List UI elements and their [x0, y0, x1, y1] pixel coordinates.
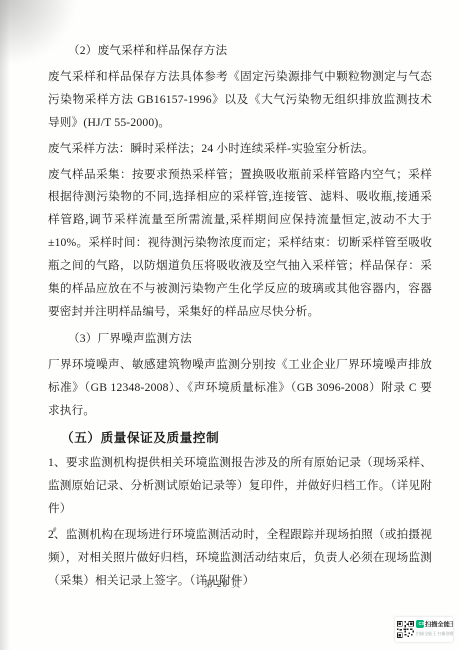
paragraph: 厂界环境噪声、敏感建筑物噪声监测分别按《工业企业厂界环境噪声排放标准》（GB 1…: [48, 354, 432, 423]
document-content: （2）废气采样和样品保存方法废气采样和样品保存方法具体参考《固定污染源排气中颗粒…: [48, 36, 432, 593]
paragraph: （五）质量保证及质量控制: [48, 427, 432, 450]
qr-code-icon: [397, 621, 414, 638]
paragraph: 废气采样方法：瞬时采样法；24 小时连续采样-实验室分析法。: [48, 138, 432, 161]
paragraph: （2）废气采样和样品保存方法: [48, 40, 432, 63]
watermark-app-name: 扫描全能王: [425, 619, 453, 628]
watermark-text-block: CS 扫描全能王 扫描全能王 扫描创建: [416, 619, 451, 640]
paragraph: 废气采样和样品保存方法具体参考《固定污染源排气中颗粒物测定与气态污染物采样方法 …: [48, 66, 432, 135]
paragraph: （3）厂界噪声监测方法: [48, 328, 432, 351]
page-footer: 第 20 页: [0, 577, 445, 590]
scan-edge-shadow: [0, 0, 10, 650]
camscanner-watermark[interactable]: CS 扫描全能王 扫描全能王 扫描创建: [395, 617, 453, 642]
page-number: 第 20 页: [204, 579, 242, 589]
document-page: （2）废气采样和样品保存方法废气采样和样品保存方法具体参考《固定污染源排气中颗粒…: [0, 0, 459, 650]
paragraph: 1、要求监测机构提供相关环境监测报告涉及的所有原始记录（现场采样、监测原始记录、…: [48, 452, 432, 521]
paragraph: 废气样品采集：按要求预热采样管；置换吸收瓶前采样管路内空气；采样根据待测污染物的…: [48, 164, 432, 324]
camscanner-logo-icon: CS: [416, 620, 424, 628]
watermark-subtitle: 扫描全能王 扫描创建: [416, 631, 432, 637]
